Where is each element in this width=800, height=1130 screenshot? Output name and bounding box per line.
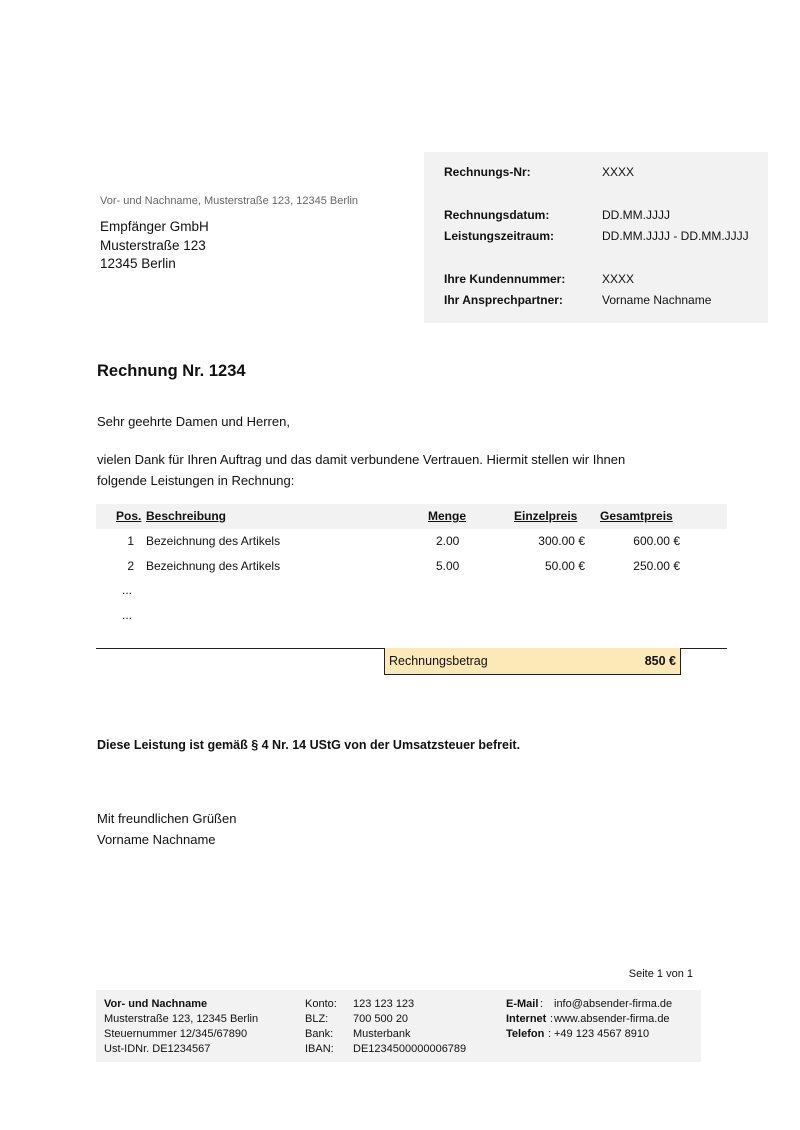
table-row: ... — [96, 583, 727, 607]
footer-bank-row: BLZ:700 500 20 — [305, 1012, 505, 1027]
invoice-info-box: Rechnungs-Nr: XXXX Rechnungsdatum: DD.MM… — [424, 152, 768, 323]
cell-description: Bezeichnung des Artikels — [146, 559, 280, 573]
info-value: DD.MM.JJJJ — [602, 208, 670, 222]
cell-total-price: 250.00 € — [633, 559, 680, 573]
column-header-pos: Pos. — [116, 509, 141, 523]
info-value: DD.MM.JJJJ - DD.MM.JJJJ — [602, 229, 749, 243]
info-value: XXXX — [602, 272, 634, 286]
cell-pos: 1 — [127, 534, 134, 548]
footer-colon: : — [548, 1027, 551, 1042]
cell-description: Bezeichnung des Artikels — [146, 534, 280, 548]
footer-contact-row: Telefon:+49 123 4567 8910 — [506, 1027, 696, 1042]
table-row: 1Bezeichnung des Artikels2.00300.00 €600… — [96, 534, 727, 558]
footer-value: +49 123 4567 8910 — [554, 1027, 649, 1042]
footer-value: 123 123 123 — [353, 997, 414, 1012]
footer-value: 700 500 20 — [353, 1012, 408, 1027]
invoice-total-box: Rechnungsbetrag 850 € — [384, 648, 681, 675]
total-value: 850 € — [645, 654, 676, 668]
footer-contact-column: E-Mail:info@absender-firma.deInternet:ww… — [506, 997, 696, 1042]
salutation: Sehr geehrte Damen und Herren, — [97, 414, 290, 429]
cell-quantity: 2.00 — [436, 534, 459, 548]
info-label: Leistungszeitraum: — [444, 229, 554, 243]
cell-pos: ... — [122, 608, 132, 622]
info-label: Rechnungs-Nr: — [444, 165, 531, 179]
cell-quantity: 5.00 — [436, 559, 459, 573]
footer-value: DE1234500000006789 — [353, 1042, 466, 1057]
cell-unit-price: 300.00 € — [538, 534, 585, 548]
recipient-address: Empfänger GmbH Musterstraße 123 12345 Be… — [100, 218, 209, 274]
closing: Mit freundlichen Grüßen Vorname Nachname — [97, 808, 236, 850]
footer-label: Internet — [506, 1012, 546, 1027]
closing-greeting: Mit freundlichen Grüßen — [97, 808, 236, 829]
footer: Vor- und Nachname Musterstraße 123, 1234… — [96, 990, 701, 1062]
footer-label: Telefon — [506, 1027, 544, 1042]
table-header: Pos. Beschreibung Menge Einzelpreis Gesa… — [96, 504, 727, 529]
footer-bank-row: IBAN:DE1234500000006789 — [305, 1042, 505, 1057]
footer-sender-column: Vor- und Nachname Musterstraße 123, 1234… — [104, 997, 258, 1057]
sender-return-address: Vor- und Nachname, Musterstraße 123, 123… — [100, 195, 358, 207]
cell-unit-price: 50.00 € — [545, 559, 585, 573]
footer-bank-row: Konto:123 123 123 — [305, 997, 505, 1012]
footer-sender-address: Musterstraße 123, 12345 Berlin — [104, 1012, 258, 1027]
recipient-street: Musterstraße 123 — [100, 237, 209, 256]
info-label: Rechnungsdatum: — [444, 208, 549, 222]
footer-bank-row: Bank:Musterbank — [305, 1027, 505, 1042]
page-number: Seite 1 von 1 — [629, 968, 693, 980]
footer-value: Musterbank — [353, 1027, 410, 1042]
info-label: Ihr Ansprechpartner: — [444, 293, 563, 307]
recipient-city: 12345 Berlin — [100, 255, 209, 274]
footer-colon: : — [550, 1012, 553, 1027]
footer-label: Bank: — [305, 1027, 333, 1042]
total-label: Rechnungsbetrag — [389, 654, 488, 668]
footer-vat-id: Ust-IDNr. DE1234567 — [104, 1042, 258, 1057]
footer-label: Konto: — [305, 997, 337, 1012]
info-label: Ihre Kundennummer: — [444, 272, 565, 286]
recipient-name: Empfänger GmbH — [100, 218, 209, 237]
column-header-quantity: Menge — [428, 509, 466, 523]
column-header-unit-price: Einzelpreis — [514, 509, 577, 523]
footer-contact-row: Internet:www.absender-firma.de — [506, 1012, 696, 1027]
intro-text: vielen Dank für Ihren Auftrag und das da… — [97, 449, 677, 491]
closing-name: Vorname Nachname — [97, 829, 236, 850]
column-header-description: Beschreibung — [146, 509, 226, 523]
cell-pos: ... — [122, 583, 132, 597]
footer-label: IBAN: — [305, 1042, 334, 1057]
footer-value: info@absender-firma.de — [554, 997, 672, 1012]
cell-total-price: 600.00 € — [633, 534, 680, 548]
table-row: ... — [96, 608, 727, 632]
footer-sender-name: Vor- und Nachname — [104, 997, 258, 1012]
column-header-total-price: Gesamtpreis — [600, 509, 673, 523]
footer-label: E-Mail — [506, 997, 538, 1012]
footer-colon: : — [540, 997, 543, 1012]
footer-tax-number: Steuernummer 12/345/67890 — [104, 1027, 258, 1042]
footer-contact-row: E-Mail:info@absender-firma.de — [506, 997, 696, 1012]
footer-label: BLZ: — [305, 1012, 328, 1027]
cell-pos: 2 — [127, 559, 134, 573]
footer-bank-column: Konto:123 123 123BLZ:700 500 20Bank:Must… — [305, 997, 505, 1057]
invoice-title: Rechnung Nr. 1234 — [97, 362, 246, 381]
table-row: 2Bezeichnung des Artikels5.0050.00 €250.… — [96, 559, 727, 583]
info-value: XXXX — [602, 165, 634, 179]
footer-value: www.absender-firma.de — [554, 1012, 670, 1027]
tax-exemption-note: Diese Leistung ist gemäß § 4 Nr. 14 UStG… — [97, 738, 520, 752]
info-value: Vorname Nachname — [602, 293, 711, 307]
